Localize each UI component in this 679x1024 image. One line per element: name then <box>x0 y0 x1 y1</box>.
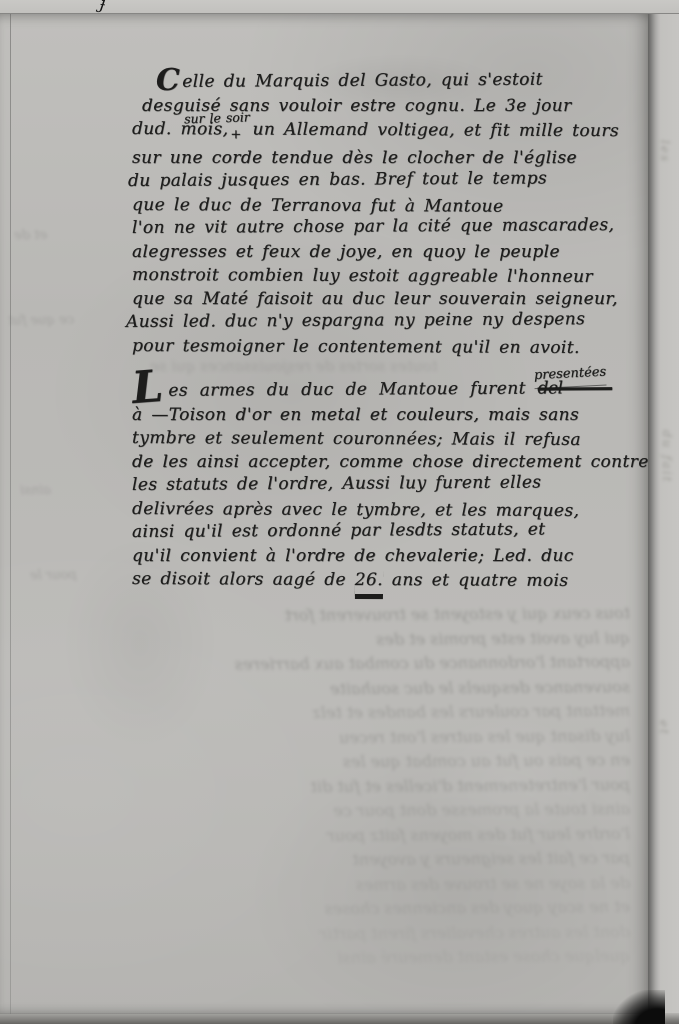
bleedthrough-fragment: les <box>658 140 672 163</box>
bleedthrough-text: tous ceux qui y estoyent se trouverent f… <box>20 603 630 971</box>
manuscript-line: se disoit alors aagé de 26. ans et quatr… <box>132 568 662 595</box>
bleedthrough-line: tous ceux qui y estoyent se trouverent f… <box>140 601 630 629</box>
bleedthrough-line: en ce pais ou fut au combat que les <box>100 748 630 776</box>
page-bottom-edge <box>0 1013 679 1024</box>
manuscript-line: Celle du Marquis del Gasto, qui s'estoit <box>156 68 662 95</box>
underlined-age: 26. <box>355 569 383 594</box>
bleedthrough-line: ainsi toute la promesse dont pour ce <box>85 797 630 825</box>
manuscript-line: les statuts de l'ordre, Aussi luy furent… <box>132 471 662 498</box>
manuscript-line: dud. mois,+ un Allemand voltigea, et fit… <box>132 118 662 149</box>
paragraph-2: Les armes du duc de Mantoue furent del——… <box>132 377 662 593</box>
insertion-caret: + <box>230 127 241 142</box>
manuscript-line: l'on ne vit autre chose par la cité que … <box>132 214 662 241</box>
bleedthrough-line: apportant l'ordonnance du combat aux bar… <box>40 650 630 679</box>
bleedthrough-line: par ce fait les seigneurs y avoyent <box>65 846 630 874</box>
initial-capital: L <box>132 382 164 394</box>
line-text: un Allemand voltigea, et fit mille tours <box>253 120 620 142</box>
manuscript-line: alegresses et feux de joye, en quoy le p… <box>132 241 662 265</box>
left-edge-crease <box>10 13 11 1014</box>
line-text: ans et quatre mois <box>383 570 569 591</box>
interlinear-insertion: sur le soir <box>184 105 250 130</box>
manuscript-line: Les armes du duc de Mantoue furent del——… <box>132 374 662 404</box>
line-text: se disoit alors aagé de <box>132 569 355 590</box>
bleedthrough-line: quelque chose estant demeuré ainsi <box>60 944 630 972</box>
bleedthrough-fragment: pour le <box>30 568 77 584</box>
bleedthrough-fragment: du fait <box>660 430 674 483</box>
manuscript-photo: tous ceux qui y estoyent se trouverent f… <box>0 0 679 1024</box>
bleedthrough-fragment: et <box>657 720 671 736</box>
manuscript-line: ainsi qu'il est ordonné par lesdts statu… <box>132 518 662 545</box>
line-text: es armes du duc de Mantoue furent <box>168 379 526 401</box>
bleedthrough-line: luy disant que les autres l'ont receu <box>70 724 630 752</box>
correction-cluster: del———presentées <box>538 377 613 401</box>
bleedthrough-line: toutes sortes de resjouissances qui se <box>150 357 438 375</box>
bleedthrough-fragment: et de <box>14 228 47 244</box>
bleedthrough-line: mettant par couleurs les bandes et telz <box>30 699 630 728</box>
manuscript-line: du palais jusques en bas. Bref tout le t… <box>128 167 662 194</box>
bleedthrough-fragment: ainsi <box>20 483 51 499</box>
manuscript-line: Aussi led. duc n'y espargna ny peine ny … <box>126 308 662 335</box>
manuscript-line: monstroit combien luy estoit aggreable l… <box>132 264 662 290</box>
manuscript-page: tous ceux qui y estoyent se trouverent f… <box>0 13 648 1014</box>
initial-capital: C <box>156 76 180 86</box>
bleedthrough-fragment: ce que fut <box>8 312 74 328</box>
paragraph-1: Celle du Marquis del Gasto, qui s'estoit… <box>132 71 662 358</box>
manuscript-line: à —Toison d'or en metal et couleurs, mai… <box>132 404 662 428</box>
adjacent-page-edge: les du fait et <box>648 0 679 1024</box>
line-text: elle du Marquis del Gasto, qui s'estoit <box>182 70 543 92</box>
interlinear-correction: presentées <box>533 361 606 389</box>
bleedthrough-line: et ne scay quoy des anciennes choses <box>45 895 630 924</box>
bottom-right-gap <box>613 990 665 1024</box>
manuscript-line: qu'il convient à l'ordre de chevalerie; … <box>132 545 662 569</box>
manuscript-line: tymbre et seulement couronnées; Mais il … <box>132 427 662 453</box>
manuscript-line: pour tesmoigner le contentement qu'il en… <box>132 335 662 361</box>
